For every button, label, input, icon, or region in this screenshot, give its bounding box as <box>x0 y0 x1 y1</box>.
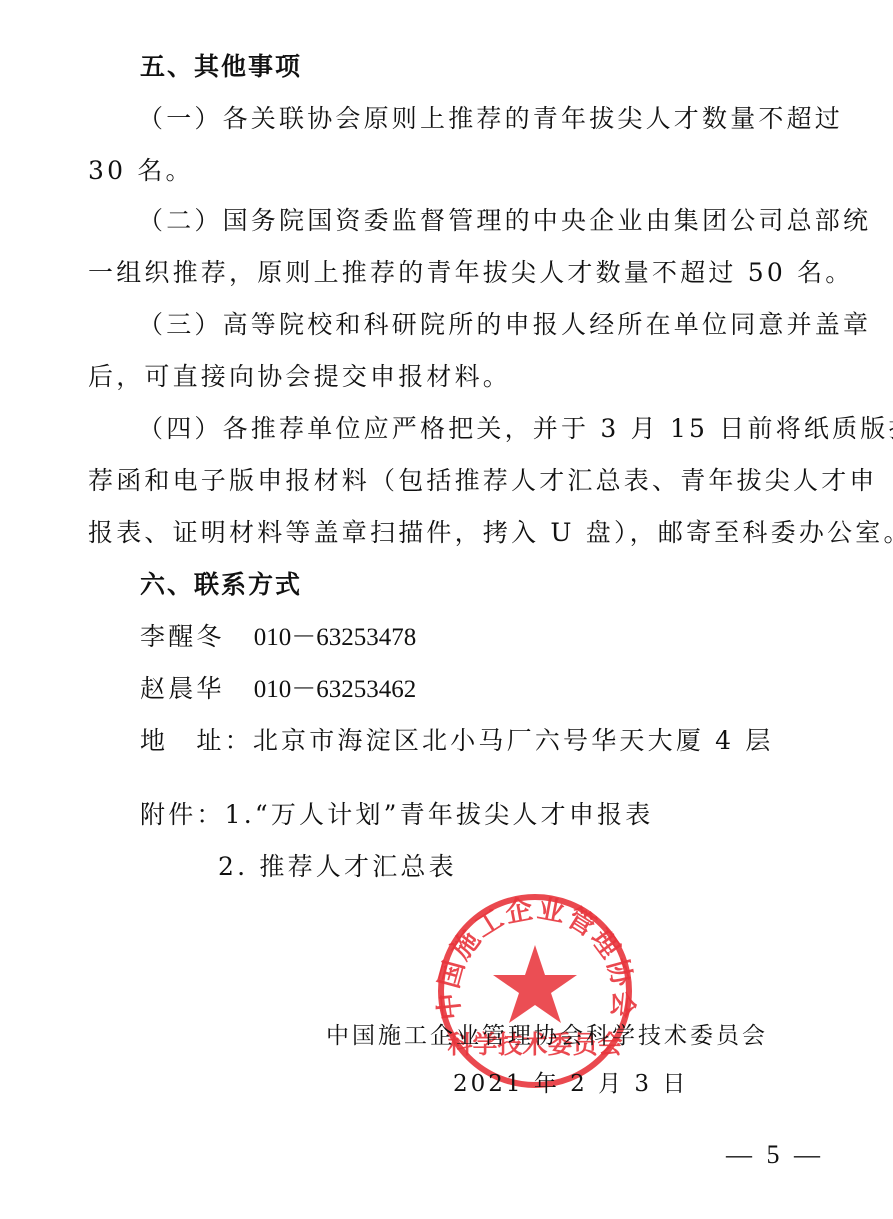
item-2-line-1: （二）国务院国资委监督管理的中央企业由集团公司总部统 <box>138 206 871 236</box>
signature-organization: 中国施工企业管理协会科学技术委员会 <box>326 1022 768 1050</box>
contact-name: 李醒冬 <box>140 622 225 651</box>
contact-row: 李醒冬 010－63253478 <box>140 622 416 653</box>
address-row: 地 址：北京市海淀区北小马厂六号华天大厦 4 层 <box>140 726 774 756</box>
section-6-heading: 六、联系方式 <box>140 570 302 600</box>
svg-text:中国施工企业管理协会: 中国施工企业管理协会 <box>433 893 638 1021</box>
attachment-item: 2. 推荐人才汇总表 <box>218 852 457 882</box>
item-2-line-2: 一组织推荐，原则上推荐的青年拔尖人才数量不超过 50 名。 <box>88 258 854 288</box>
attachments-row: 附件：1.“万人计划”青年拔尖人才申报表 <box>140 800 653 830</box>
page-number: — 5 — <box>726 1140 824 1170</box>
item-1-line-2: 30 名。 <box>88 156 194 186</box>
contact-name: 赵晨华 <box>140 674 225 703</box>
item-1-line-1: （一）各关联协会原则上推荐的青年拔尖人才数量不超过 <box>138 104 843 134</box>
address-value: 北京市海淀区北小马厂六号华天大厦 4 层 <box>253 726 774 755</box>
contact-phone: 010－63253478 <box>254 624 417 651</box>
attachments-label: 附件： <box>140 800 225 829</box>
attachment-item: 1.“万人计划”青年拔尖人才申报表 <box>225 800 654 829</box>
item-4-line-3: 报表、证明材料等盖章扫描件，拷入 U 盘），邮寄至科委办公室。 <box>88 518 893 548</box>
official-seal-icon: 中国施工企业管理协会 科学技术委员会 <box>432 893 638 1089</box>
signature-date: 2021 年 2 月 3 日 <box>453 1070 688 1098</box>
contact-phone: 010－63253462 <box>254 676 417 703</box>
item-4-line-1: （四）各推荐单位应严格把关，并于 3 月 15 日前将纸质版推 <box>138 414 893 444</box>
section-5-heading: 五、其他事项 <box>140 52 302 82</box>
item-4-line-2: 荐函和电子版申报材料（包括推荐人才汇总表、青年拔尖人才申 <box>88 466 878 496</box>
item-3-line-1: （三）高等院校和科研院所的申报人经所在单位同意并盖章 <box>138 310 871 340</box>
item-3-line-2: 后，可直接向协会提交申报材料。 <box>88 362 511 392</box>
address-label: 地 址： <box>140 726 253 755</box>
contact-row: 赵晨华 010－63253462 <box>140 674 416 705</box>
